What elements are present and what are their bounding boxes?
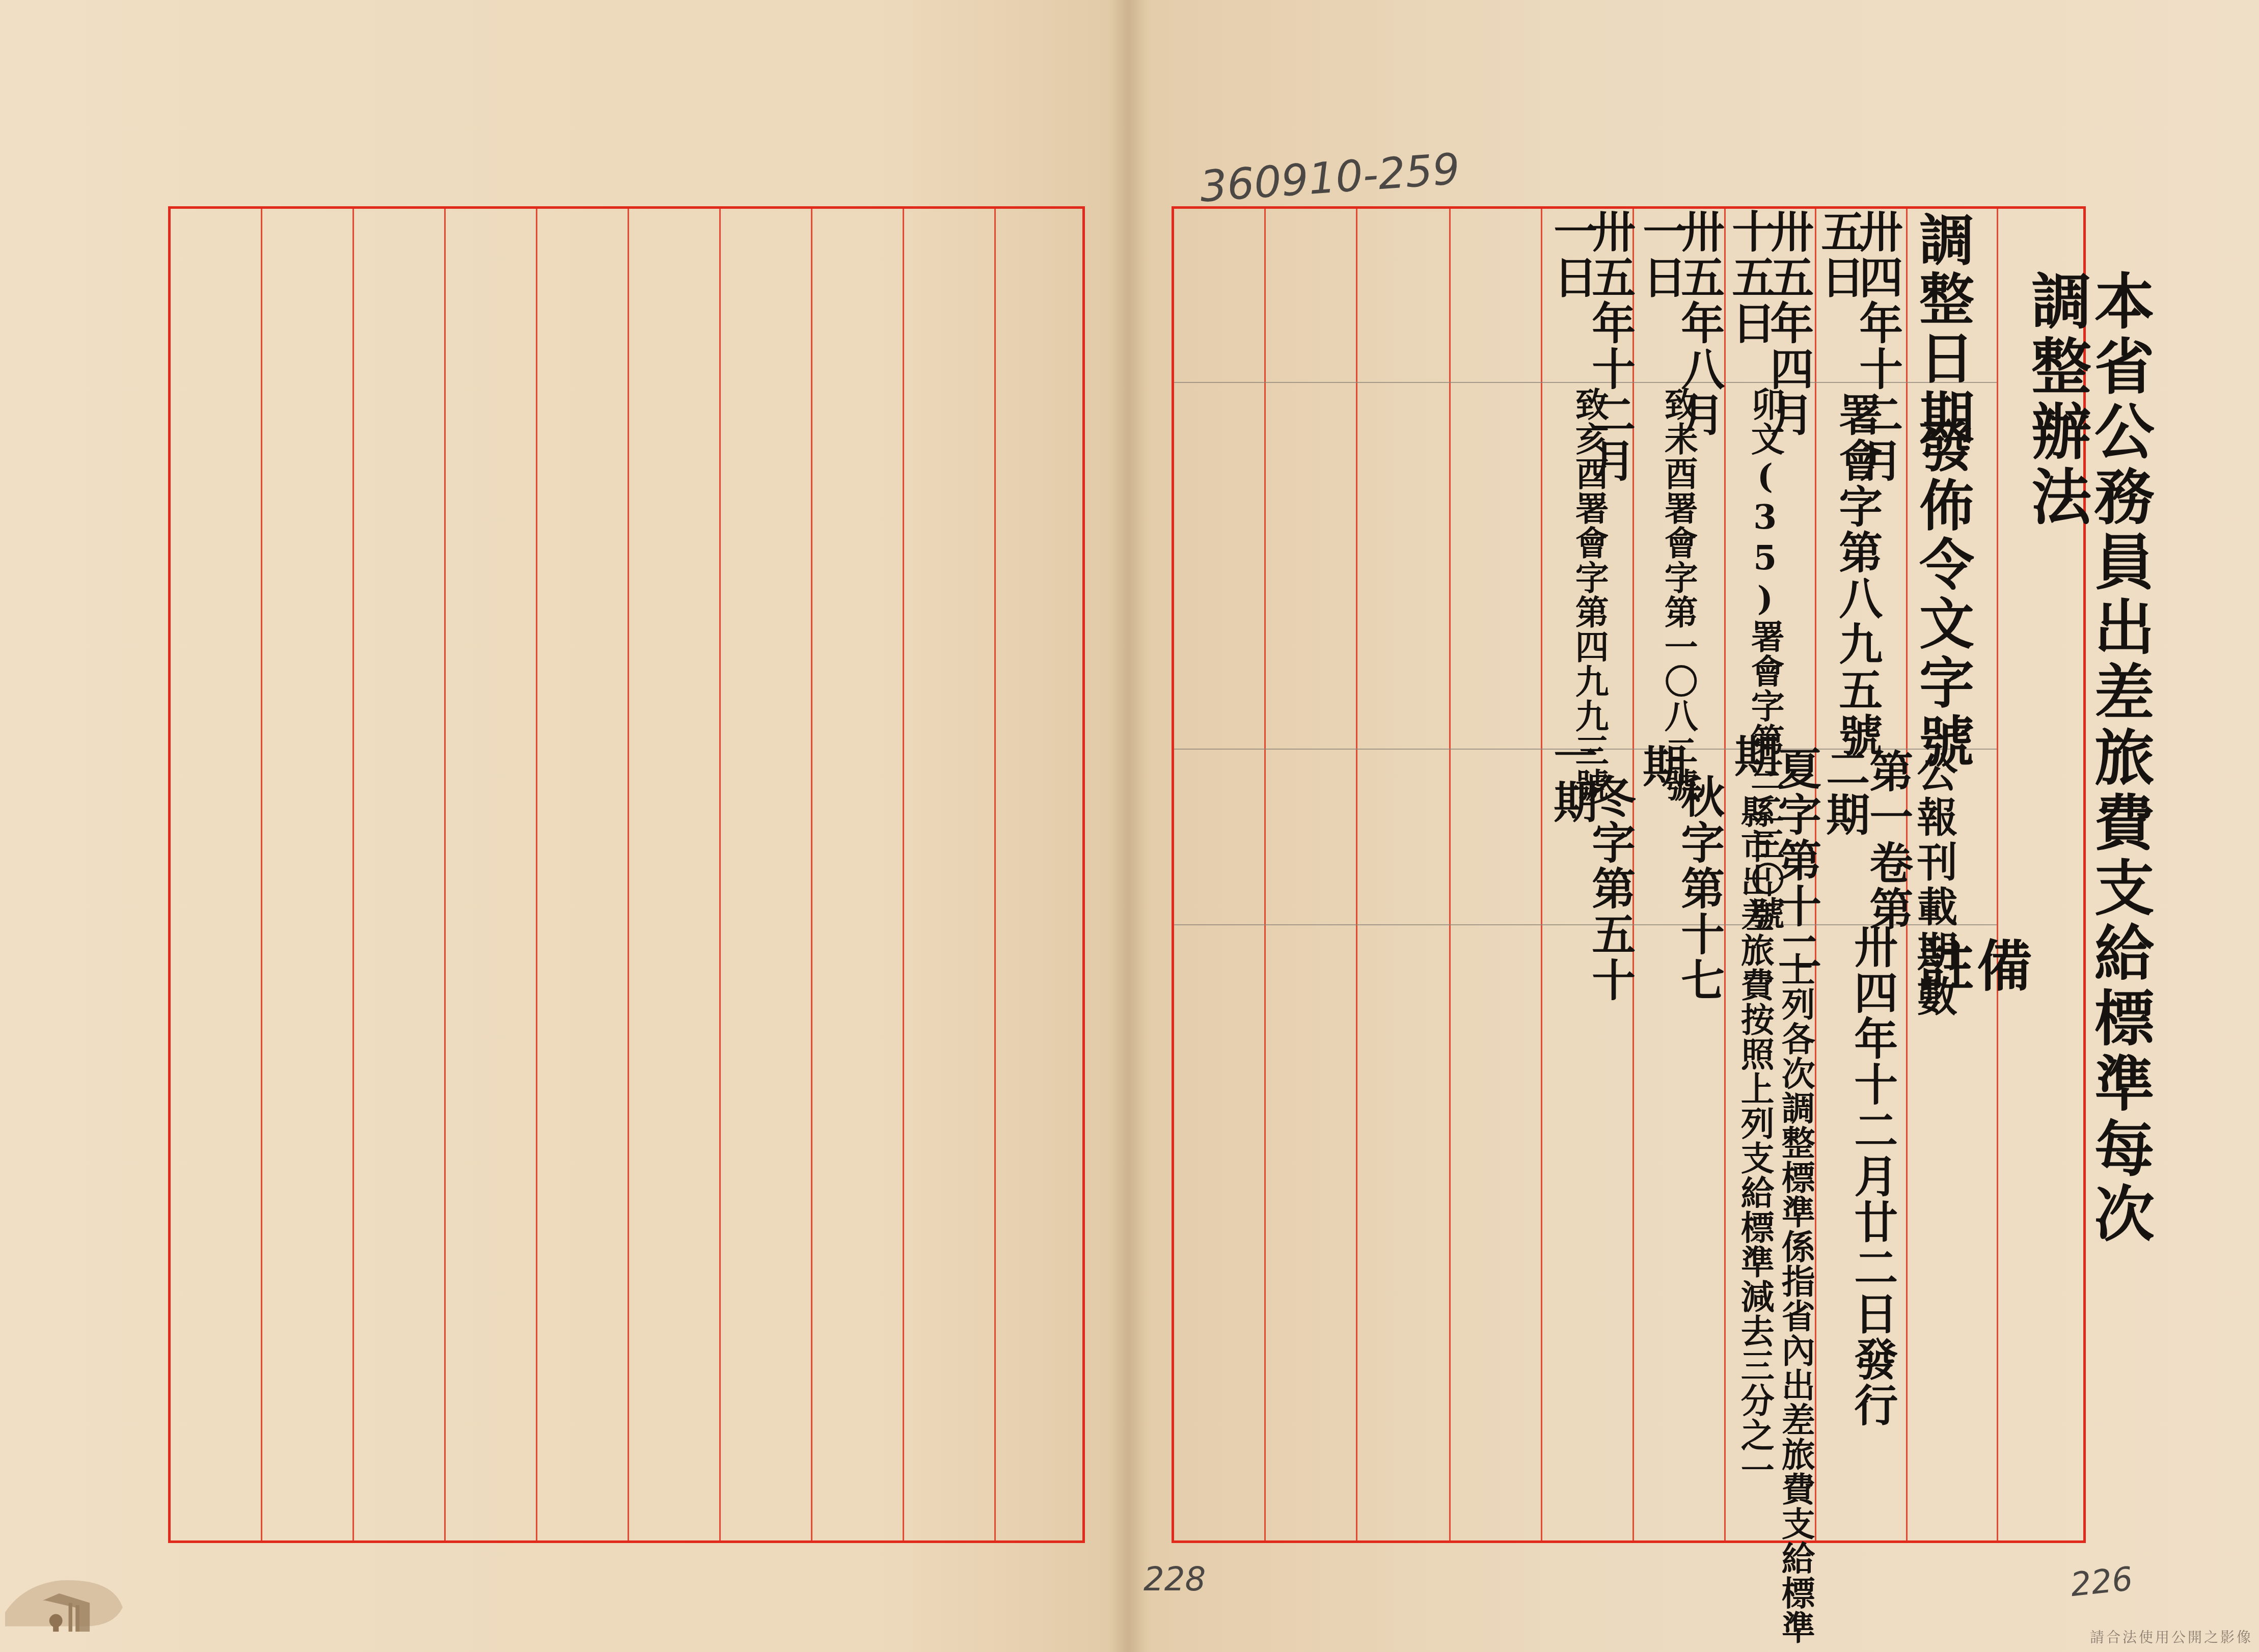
row4-date-day: 一日: [1548, 209, 1594, 300]
column-rule: [1541, 209, 1542, 1540]
row3-gazette-cont: 期: [1638, 744, 1683, 789]
column-rule: [628, 209, 629, 1540]
row1-gazette-cont: 二期: [1821, 746, 1867, 838]
column-rule: [811, 209, 812, 1540]
row3-date-day: 一日: [1638, 209, 1683, 300]
row2-remark: 上列各次調整標準係指省內出差旅費支給標準: [1778, 952, 1813, 1645]
row2-date-day: 十五日: [1727, 209, 1773, 346]
row1-gazette: 第一卷第: [1864, 749, 1910, 932]
left-page-frame: [168, 206, 1085, 1543]
row4-gazette-cont: 一期: [1548, 733, 1594, 825]
page-number-right: 226: [2069, 1560, 2134, 1604]
row2-gazette-cont: 期: [1729, 733, 1775, 779]
row1-order-number: 署會字第八九五號: [1834, 392, 1880, 759]
header-date: 調整日期: [1913, 211, 1970, 448]
column-rule: [444, 209, 446, 1540]
column-rule: [994, 209, 996, 1540]
binding-gutter: [1110, 0, 1146, 1652]
column-rule: [1356, 209, 1357, 1540]
column-rule: [719, 209, 721, 1540]
header-order-number: 發佈令文字號: [1913, 418, 1970, 772]
row2-gazette: 夏字第十二: [1773, 746, 1818, 975]
column-rule: [1449, 209, 1451, 1540]
column-rule: [536, 209, 537, 1540]
column-rule: [903, 209, 904, 1540]
row1-remark: 卅四年十二月廿二日發行: [1849, 924, 1895, 1428]
row2-remark-cont: 縣市出差旅費按照上列支給標準減去三分之一: [1737, 794, 1772, 1487]
row1-date-day: 五日: [1816, 209, 1862, 300]
page-number-left: 228: [1144, 1561, 1206, 1599]
document-title: 本省公務員出差旅費支給標準每次調整辦法: [2025, 270, 2151, 1288]
header-remarks: 備註: [1913, 937, 2028, 1652]
archive-book-keyhole-icon: [5, 1555, 127, 1632]
column-rule: [1264, 209, 1266, 1540]
usage-watermark: 請合法使用公開之影像: [2090, 1627, 2253, 1647]
column-rule: [352, 209, 354, 1540]
column-rule: [261, 209, 262, 1540]
row3-gazette: 秋字第十七: [1676, 774, 1722, 1003]
row3-order-number: 致未酉署會字第一〇八二號: [1661, 387, 1696, 803]
